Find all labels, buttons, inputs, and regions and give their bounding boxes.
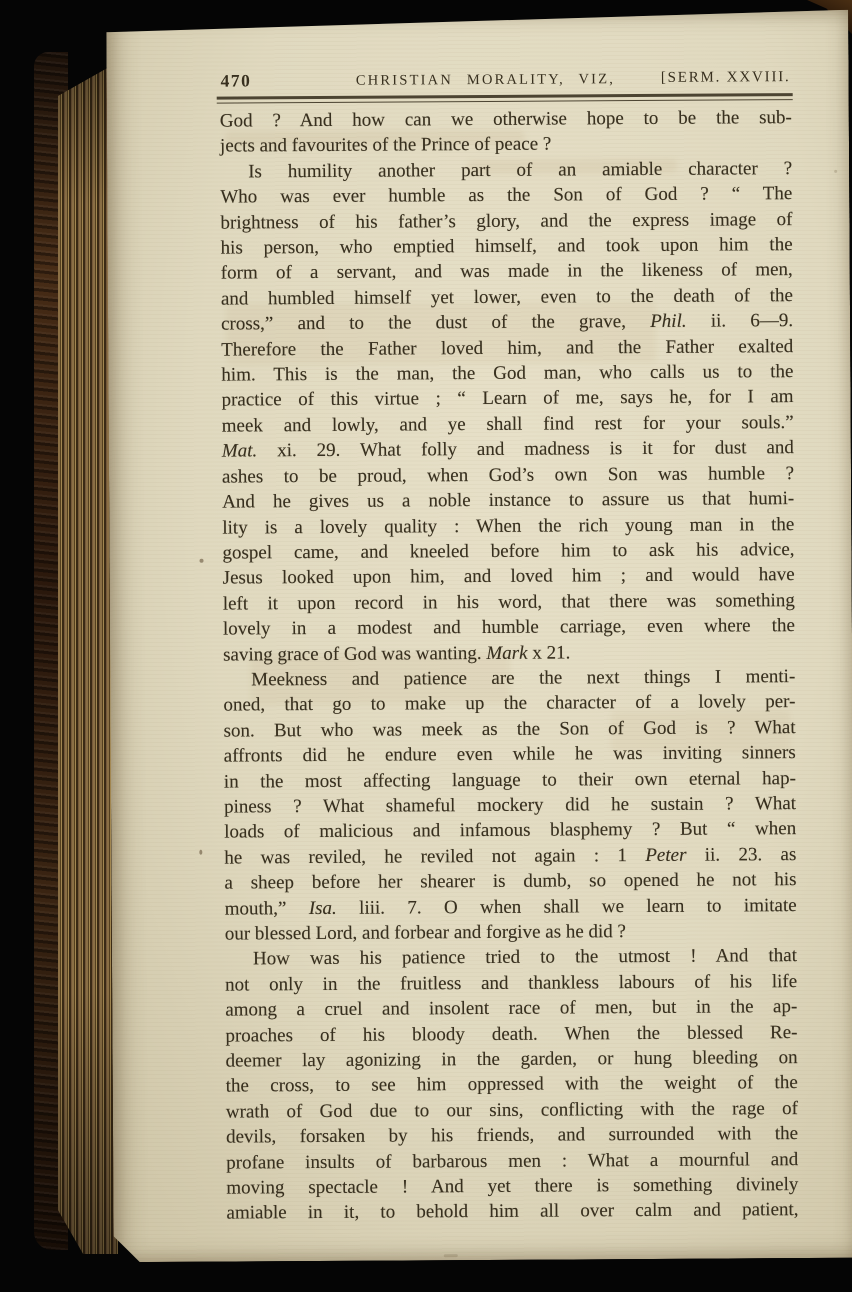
text-line: brightness of his father’s glory, and th… — [220, 207, 792, 236]
paper-speck — [200, 559, 204, 563]
page-number: 470 — [221, 70, 252, 91]
text-line: the cross, to see him oppressed with the… — [226, 1071, 798, 1100]
text-line: mouth,” Isa. liii. 7. O when shall we le… — [225, 893, 797, 922]
text-line: God ? And how can we otherwise hope to b… — [220, 105, 792, 134]
text-line: left it upon record in his word, that th… — [223, 588, 795, 617]
text-line: gospel came, and kneeled before him to a… — [222, 537, 794, 566]
text-line: profane insults of barbarous men : What … — [226, 1147, 798, 1176]
text-line: jects and favourites of the Prince of pe… — [220, 130, 792, 159]
text-line: Who was ever humble as the Son of God ? … — [220, 181, 792, 210]
text-line: oned, that go to make up the character o… — [223, 689, 795, 718]
text-line: form of a servant, and was made in the l… — [221, 258, 793, 287]
text-line: his person, who emptied himself, and too… — [221, 232, 793, 261]
text-line: saving grace of God was wanting. Mark x … — [223, 639, 795, 668]
page-header: 470 CHRISTIAN MORALITY, VIZ, [SERM. XXVI… — [217, 67, 791, 97]
text-line: a sheep before her shearer is dumb, so o… — [224, 867, 796, 896]
text-line: lity is a lovely quality : When the rich… — [222, 512, 794, 541]
text-line: piness ? What shameful mockery did he su… — [224, 791, 796, 820]
paper-speck — [444, 1254, 458, 1257]
text-line: meek and lowly, and ye shall find rest f… — [222, 410, 794, 439]
text-line: son. But who was meek as the Son of God … — [223, 715, 795, 744]
text-line: in the most affecting language to their … — [224, 766, 796, 795]
text-line: ashes to be proud, when God’s own Son wa… — [222, 461, 794, 490]
text-line: amiable in it, to behold him all over ca… — [226, 1198, 798, 1227]
running-title: CHRISTIAN MORALITY, VIZ, — [356, 71, 615, 90]
text-line: not only in the fruitless and thankless … — [225, 969, 797, 998]
paper-speck — [834, 170, 837, 173]
text-line: Jesus looked upon him, and loved him ; a… — [223, 562, 795, 591]
text-line: he was reviled, he reviled not again : 1… — [224, 842, 796, 871]
text-line: Therefore the Father loved him, and the … — [221, 334, 793, 363]
text-line: and humbled himself yet lower, even to t… — [221, 283, 793, 312]
text-line: And he gives us a noble instance to assu… — [222, 486, 794, 515]
text-line: Is humility another part of an amiable c… — [220, 156, 792, 185]
text-line: him. This is the man, the God man, who c… — [221, 359, 793, 388]
text-line: wrath of God due to our sins, conflictin… — [226, 1096, 798, 1125]
text-line: Meekness and patience are the next thing… — [223, 664, 795, 693]
text-line: devils, forsaken by his friends, and sur… — [226, 1121, 798, 1150]
text-line: loads of malicious and infamous blasphem… — [224, 816, 796, 845]
text-line: Mat. xi. 29. What folly and madness is i… — [222, 435, 794, 464]
text-line: practice of this virtue ; “ Learn of me,… — [221, 385, 793, 414]
text-line: among a cruel and insolent race of men, … — [225, 994, 797, 1023]
text-line: deemer lay agonizing in the garden, or h… — [226, 1045, 798, 1074]
paper-speck — [199, 850, 202, 855]
text-line: affronts did he endure even while he was… — [224, 740, 796, 769]
text-line: How was his patience tried to the utmost… — [225, 943, 797, 972]
scanned-book-photo: 470 CHRISTIAN MORALITY, VIZ, [SERM. XXVI… — [0, 0, 852, 1292]
text-line: our blessed Lord, and forbear and forgiv… — [225, 918, 797, 947]
section-label: [SERM. XXVIII. — [661, 69, 791, 87]
book-page: 470 CHRISTIAN MORALITY, VIZ, [SERM. XXVI… — [106, 10, 852, 1263]
text-line: cross,” and to the dust of the grave, Ph… — [221, 308, 793, 337]
text-block: God ? And how can we otherwise hope to b… — [220, 105, 799, 1226]
text-line: proaches of his bloody death. When the b… — [225, 1020, 797, 1049]
text-line: lovely in a modest and humble carriage, … — [223, 613, 795, 642]
text-line: moving spectacle ! And yet there is some… — [226, 1172, 798, 1201]
